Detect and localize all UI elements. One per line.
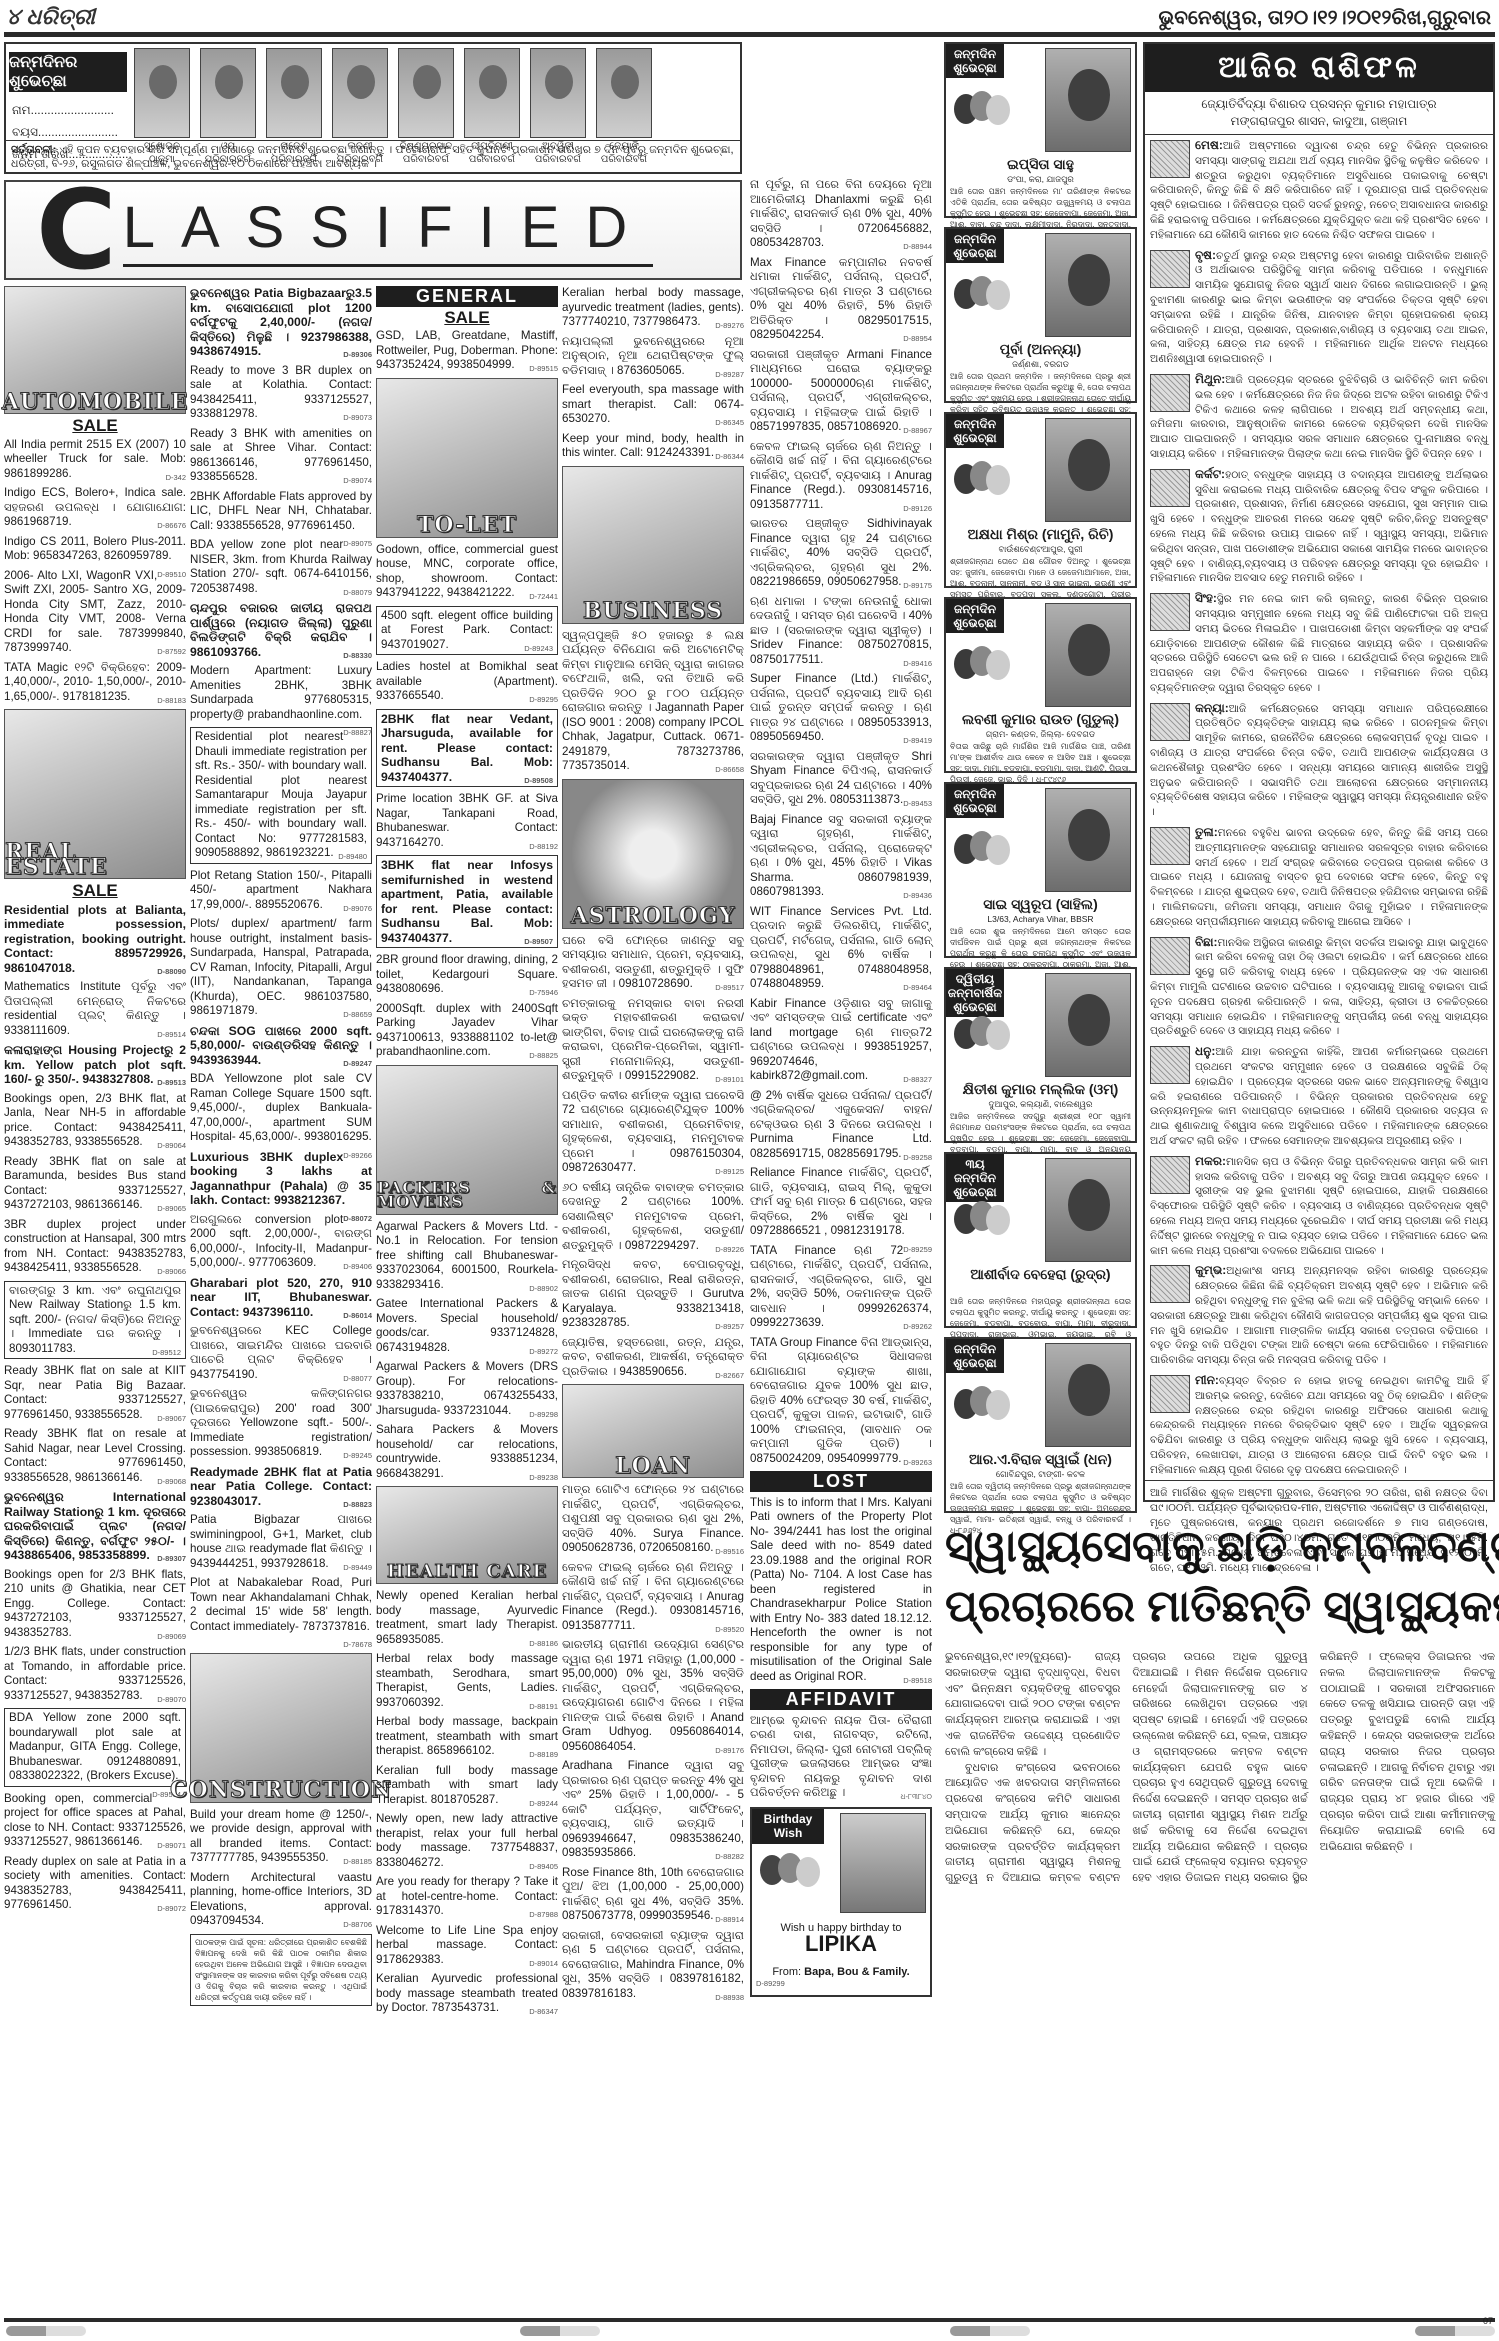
classified-ad: ସରକାରୀ, ବେସରକାରୀ ବ୍ୟାଙ୍କ ଦ୍ୱାରା ଋଣ 5 ଘଣ୍… bbox=[562, 1929, 744, 2002]
zodiac-sign-entry: ସିଂହ:ସ୍ଥିର ମନ ନେଇ କାମ କରି ଚାଲନ୍ତୁ, କାରଣ … bbox=[1145, 588, 1493, 698]
photo-image bbox=[200, 48, 256, 138]
wish-address: ଗ୍ରାମ- କଣ୍ଡଳ, ଜିଲ୍ଲା- ଦେବଗଡ bbox=[946, 729, 1135, 739]
zodiac-sign-entry: ମେଷ:ଆଜି ଅଷ୍ଟମୀରେ ଦ୍ୱାଦଶ ଚନ୍ଦ୍ର ହେତୁ ବିଭି… bbox=[1145, 135, 1493, 245]
wish-address: ଗୋବିନ୍ଦପୁର, ଟାଙ୍ଗୀ- କଟକ bbox=[946, 1469, 1135, 1479]
classified-ad: Bookings open for 2/3 BHK flats, 210 uni… bbox=[4, 1568, 186, 1641]
ad-code: D-87592 bbox=[157, 645, 186, 660]
wish-address: ଦୁଆପୁର, କଲ୍ୟାଣି, ବାଲେଶ୍ୱର bbox=[946, 1099, 1135, 1109]
ad-code: D-89176 bbox=[715, 1744, 744, 1759]
ad-code: D-89076 bbox=[343, 902, 372, 917]
zodiac-prediction: ଆଜି ଅଷ୍ଟମୀରେ ଦ୍ୱାଦଶ ଚନ୍ଦ୍ର ହେତୁ ବିଭିନ୍ନ … bbox=[1150, 140, 1488, 241]
coupon-title: ଜନ୍ମଦିନର ଶୁଭେଚ୍ଛା bbox=[9, 52, 127, 92]
zodiac-signs: ମେଷ:ଆଜି ଅଷ୍ଟମୀରେ ଦ୍ୱାଦଶ ଚନ୍ଦ୍ର ହେତୁ ବିଭି… bbox=[1145, 135, 1493, 1480]
ad-code: D-89298 bbox=[529, 1408, 558, 1423]
wish-name: ଆର.ଏ.ବିରାଜ ସ୍ୱାଇଁ (ଧନ) bbox=[946, 1451, 1135, 1468]
classified-ad: Ready duplex on sale at Patia in a socie… bbox=[4, 1855, 186, 1913]
classified-ad: Build your dream home @ 1250/-, we provi… bbox=[190, 1808, 372, 1866]
birthday-wishes-column: ଜନ୍ମଦିନ ଶୁଭେଚ୍ଛାଇପ୍‌ସିତା ସାହୁଡଂପା, କରା, … bbox=[944, 42, 1137, 1522]
wish-header: ଜନ୍ମଦିନ ଶୁଭେଚ୍ଛା bbox=[946, 1339, 1004, 1373]
birthday-wish-code: D-89299 bbox=[756, 1977, 785, 1992]
section-heading-sale: SALE bbox=[376, 311, 558, 326]
wellness-ads: Keralian herbal body massage, ayurvedic … bbox=[562, 286, 744, 461]
ad-code: D-88072 bbox=[343, 1212, 372, 1227]
ad-code: D-89014 bbox=[529, 1957, 558, 1972]
classified-ad: ଭାରତର ପଞ୍ଜୀକୃତ Sidhivinayak Finance ଦ୍ୱା… bbox=[750, 517, 932, 590]
photo-image bbox=[266, 48, 322, 138]
ad-code: D-89070 bbox=[157, 1693, 186, 1708]
classified-ad: Ready 3BHK flat on resale at Sahid Nagar… bbox=[4, 1427, 186, 1485]
page-marker bbox=[950, 2326, 1030, 2336]
zodiac-prediction: ହଠାତ୍ ବନ୍ଧୁଙ୍କ ସାହାଯ୍ୟ ଓ ବଦାନ୍ୟତା ଆପଣଙ୍କ… bbox=[1150, 469, 1488, 585]
classified-ad: 2BHK flat near Vedant, Jharsuguda, avail… bbox=[376, 709, 558, 788]
ad-code: D-82667 bbox=[715, 1369, 744, 1384]
classified-ad: Agarwal Packers & Movers Ltd. - No.1 in … bbox=[376, 1220, 558, 1293]
zodiac-sign-entry: ମୀନ:ବ୍ୟସ୍ତ ବିବ୍ରତ ନ ହୋଇ ହାତକୁ ନେଇଥିବା କା… bbox=[1145, 1370, 1493, 1480]
wish-name: ସାଇ ସ୍ୱରୂପ (ସାହିଲ) bbox=[946, 896, 1135, 913]
ad-code: D-89512 bbox=[152, 1346, 181, 1361]
birthday-wish-card: ଜନ୍ମଦିନ ଶୁଭେଚ୍ଛାଅକ୍ଷଧା ମିଶ୍ର (ମାମୁନି, ରି… bbox=[944, 412, 1137, 588]
classified-ad: Prime location 3BHK GF. at Siva Nagar, T… bbox=[376, 792, 558, 850]
classified-ad: ଚମତ୍କାରକୁ ନମସ୍କାର ବାବା ନରସୀ ଭକ୍ତ ମହାବଶୀକ… bbox=[562, 997, 744, 1084]
ad-code: D-89245 bbox=[343, 1449, 372, 1464]
ad-code: D-89508 bbox=[524, 774, 553, 789]
wish-name: ଲବଣୀ କୁମାର ରାଉତ (ଗୁଡୁଲ୍) bbox=[946, 711, 1135, 728]
classified-ad: ସରକାରୀ ପଞ୍ଜୀକୃତ Armani Finance ମାଧ୍ୟମରେ … bbox=[750, 348, 932, 435]
health-care-label: HEALTH CARE bbox=[387, 1565, 548, 1580]
zodiac-sign-entry: ବିଛା:ମାନସିକ ଅସ୍ଥିରତା କାରଣରୁ କିମ୍ବା ସତର୍କ… bbox=[1145, 932, 1493, 1042]
zodiac-sign-entry: ବୃଷ:ଚତୁର୍ଥ ସ୍ଥାନରୁ ଚନ୍ଦ୍ର ଅଷ୍ଟମସ୍ଥ ହେବା … bbox=[1145, 245, 1493, 369]
balloons-icon bbox=[760, 1855, 820, 1915]
balloons-icon bbox=[954, 649, 1014, 709]
wish-name: ଅକ୍ଷଧା ମିଶ୍ର (ମାମୁନି, ରିଚି) bbox=[946, 526, 1135, 543]
ad-code: D-89073 bbox=[343, 411, 372, 426]
loan-ads: ମାତ୍ର ଗୋଟିଏ ଫୋନ୍‌ରେ ୨୪ ଘଣ୍ଟାରେ ମାର୍କଶିଟ୍… bbox=[562, 1483, 744, 2001]
classified-ad: Sahara Packers & Movers household/ car r… bbox=[376, 1423, 558, 1481]
zodiac-name: ବୃଷ: bbox=[1195, 248, 1216, 262]
classified-ad: Modern Architectural vaastu planning, ho… bbox=[190, 1871, 372, 1929]
classified-ad: ସ୍ୱଳ୍ପପୁଞ୍ଜି ୫୦ ହଜାରରୁ ୫ ଲକ୍ଷ ପର୍ଯ୍ୟନ୍ତ … bbox=[562, 629, 744, 774]
section-heading-sale: SALE bbox=[4, 419, 186, 434]
wish-header: ଜନ୍ମଦିନ ଶୁଭେଚ୍ଛା bbox=[946, 44, 1004, 78]
news-article-body: ଭୁବନେଶ୍ୱର,୧୯।୧୨(ବ୍ୟୁରୋ)- ରାଜ୍ୟ ସରକାରଙ୍କ … bbox=[945, 1650, 1495, 2330]
affidavit-notice: ଆମ୍ଭେ ବୃନ୍ଦାବନ ନାୟକ ପିତା- ବୈରାଗୀ ଚରଣ ଦାଶ… bbox=[750, 1714, 932, 1801]
wish-header: ଜନ୍ମଦିନ ଶୁଭେଚ୍ଛା bbox=[946, 599, 1004, 633]
packers-movers-ads: Agarwal Packers & Movers Ltd. - No.1 in … bbox=[376, 1220, 558, 1482]
automobile-image: AUTOMOBILE bbox=[4, 286, 186, 414]
birthday-wish-card: ୩ୟ ଜନ୍ମଦିନ ଶୁଭେଚ୍ଛାଆଶୀର୍ବାଦ ବେହେରା (ରୁଦ୍… bbox=[944, 1152, 1137, 1328]
ad-code: D-89072 bbox=[157, 1902, 186, 1917]
wish-message: ବିତାଇ ସାରିଛୁ ଚାରି ମାର୍ଗଶିର ଆଜି ମାର୍ଗଶିର … bbox=[950, 741, 1131, 785]
ad-code: D-88185 bbox=[343, 1855, 372, 1870]
birthday-wish-card: ଜନ୍ମଦିନ ଶୁଭେଚ୍ଛାସାଇ ସ୍ୱରୂପ (ସାହିଲ)L3/63,… bbox=[944, 782, 1137, 958]
ad-code: D-88967 bbox=[903, 424, 932, 439]
ad-code: D-89307 bbox=[157, 1552, 186, 1567]
construction-ads: Build your dream home @ 1250/-, we provi… bbox=[190, 1808, 372, 1929]
zodiac-prediction: ଚତୁର୍ଥ ସ୍ଥାନରୁ ଚନ୍ଦ୍ର ଅଷ୍ଟମସ୍ଥ ହେବା କାରଣ… bbox=[1150, 250, 1488, 366]
balloons-icon bbox=[954, 94, 1014, 154]
wish-header: ଜନ୍ମଦିନ ଶୁଭେଚ୍ଛା bbox=[946, 229, 1004, 263]
packers-movers-label: PACKERS & MOVERS bbox=[377, 1181, 557, 1210]
to-let-label: TO-LET bbox=[417, 518, 517, 533]
ad-code: D-89266 bbox=[343, 1149, 372, 1164]
classified-ad: Godown, office, commercial guest house, … bbox=[376, 543, 558, 601]
classified-ad: ପଣ୍ଡିତ କବୀର ଶର୍ମାଙ୍କ ଦ୍ୱାରା ଘରେବସି 72 ଘଣ… bbox=[562, 1089, 744, 1176]
zodiac-prediction: ମାନସିକ ଚାପ ଓ ବିଭିନ୍ନ ଦିଗରୁ ପ୍ରତିବନ୍ଧକର ସ… bbox=[1150, 1156, 1488, 1257]
classified-ad: GSD, LAB, Greatdane, Mastiff, Rottweiler… bbox=[376, 329, 558, 373]
zodiac-name: ମୀନ: bbox=[1195, 1373, 1219, 1387]
ad-code: D-89065 bbox=[157, 1202, 186, 1217]
wish-photo bbox=[1045, 1343, 1131, 1447]
ad-code: D-75946 bbox=[529, 986, 558, 1001]
classified-ad: ଭୁବନେଶ୍ୱରରେ KEC College ପାଖରେ, ସାଇମନ୍ଦିର… bbox=[190, 1324, 372, 1382]
to-let-ads: Godown, office, commercial guest house, … bbox=[376, 543, 558, 1060]
classified-ad: Agarwal Packers & Movers (DRS Group). Fo… bbox=[376, 1360, 558, 1418]
general-sale-ads: GSD, LAB, Greatdane, Mastiff, Rottweiler… bbox=[376, 329, 558, 373]
ad-code: D-88191 bbox=[529, 1700, 558, 1715]
ad-code: D-89226 bbox=[715, 1243, 744, 1258]
photo-image bbox=[134, 48, 190, 138]
zodiac-prediction: ଆଜି ପ୍ରତ୍ୟେକ ସ୍ତରରେ ବୁଝିବିଚାରି ଓ ଭାବିଚିନ… bbox=[1150, 374, 1488, 460]
classified-ad: @ 2% ବାର୍ଷିକ ସୁଧରେ ପର୍ସନାଲ/ ପ୍ରପର୍ଟି/ ଏଗ… bbox=[750, 1089, 932, 1162]
ad-code: D-89175 bbox=[903, 579, 932, 594]
wish-photo bbox=[1045, 48, 1131, 152]
classified-ad: Are you ready for therapy ? Take it at h… bbox=[376, 1875, 558, 1919]
dateline: ଭୁବନେଶ୍ୱର, ତା୨୦।୧୨।୨୦୧୨ରିଖ,ଗୁରୁବାର bbox=[1158, 6, 1491, 30]
zodiac-name: କୁମ୍ଭ: bbox=[1195, 1263, 1226, 1277]
page-code: 07 bbox=[1483, 2316, 1493, 2327]
ad-code: D-86344 bbox=[715, 450, 744, 465]
ad-code: D-88938 bbox=[715, 1991, 744, 2006]
classified-ad: ଜ୍ୟୋତିଷ, ହସ୍ତରେଖା, ରତ୍ନ, ଯନ୍ତ୍ର, କବଚ, ବଶ… bbox=[562, 1336, 744, 1380]
classified-ad: ୬୦ ବର୍ଷୀୟ ତାନ୍ତ୍ରିକ ବାବାଙ୍କ ଚମତ୍କାର ଦେଖନ… bbox=[562, 1181, 744, 1254]
ad-code: D-89238 bbox=[529, 1471, 558, 1486]
balloons-icon bbox=[954, 1204, 1014, 1264]
news-headline-line1: ସ୍ୱାସ୍ଥ୍ୟସେବାକୁ ଛାଡ଼ି କମ୍ବଳବଣ୍ଟା bbox=[945, 1521, 1499, 1574]
wish-header: ୩ୟ ଜନ୍ମଦିନ ଶୁଭେଚ୍ଛା bbox=[946, 1154, 1004, 1202]
classified-ad: Super Finance (Ltd.) ମାର୍କଶିଟ୍, ପର୍ସନାଲ,… bbox=[750, 672, 932, 745]
zodiac-sign-entry: ତୁଳା:ମନରେ ବହୁବିଧ ଭାବନା ଉଦ୍ରେକ ହେବ, କିନ୍ତ… bbox=[1145, 822, 1493, 932]
classified-ad: ଘରେ ବସି ଫୋନ୍‌ରେ ଜାଣନ୍ତୁ ସବୁ ସମସ୍ୟାର ସମାଧ… bbox=[562, 934, 744, 992]
ad-code: D-86658 bbox=[715, 763, 744, 778]
classified-ad: ମାତ୍ର ଗୋଟିଏ ଫୋନ୍‌ରେ ୨୪ ଘଣ୍ଟାରେ ମାର୍କଶିଟ୍… bbox=[562, 1483, 744, 1556]
zodiac-symbol-icon bbox=[1150, 703, 1190, 741]
ad-code: D-89259 bbox=[903, 1243, 932, 1258]
ad-code: D-89126 bbox=[903, 502, 932, 517]
ad-code: D-72441 bbox=[529, 590, 558, 605]
ad-code: D-88823 bbox=[343, 1498, 372, 1513]
ad-code: D-88659 bbox=[343, 1008, 372, 1023]
business-ads: ସ୍ୱଳ୍ପପୁଞ୍ଜି ୫୦ ହଜାରରୁ ୫ ଲକ୍ଷ ପର୍ଯ୍ୟନ୍ତ … bbox=[562, 629, 744, 774]
health-care-ads: Newly opened Keralian herbal body massag… bbox=[376, 1589, 558, 2016]
real-estate-ads: Residential plots at Balianta, immediate… bbox=[4, 903, 186, 1913]
ad-code: D-88706 bbox=[343, 1918, 372, 1933]
zodiac-prediction: ଅଧିକାଂଶ ସମୟ ଅନ୍ୟମନସ୍କ ରହିବା କାରଣରୁ ପ୍ରତ୍… bbox=[1150, 1265, 1488, 1366]
zodiac-prediction: ଆଜି ଯାହା କରନ୍ତୁନା କାହିଁକି, ଆପଣ କର୍ମାରମ୍ଭ… bbox=[1150, 1046, 1488, 1147]
classified-ad: Plot Retang Station 150/-, Pitapalli 450… bbox=[190, 869, 372, 913]
ad-code: D-89449 bbox=[343, 1561, 372, 1576]
astrology-label: ASTROLOGY bbox=[571, 909, 736, 924]
classified-ad: 2BHK Affordable Flats approved by LIC, D… bbox=[190, 490, 372, 534]
ad-code: D-88189 bbox=[529, 1748, 558, 1763]
page-marker bbox=[6, 2326, 86, 2336]
wish-name: ଇପ୍‌ସିତା ସାହୁ bbox=[946, 156, 1135, 173]
classified-ad: Newly open, new lady attractive therapis… bbox=[376, 1812, 558, 1870]
classified-ad: ଭୁବନେଶ୍ୱର Patia Bigbazaarରୁ3.5 km. ବାସୋପ… bbox=[190, 286, 372, 359]
column-property: ଭୁବନେଶ୍ୱର Patia Bigbazaarରୁ3.5 km. ବାସୋପ… bbox=[190, 286, 372, 2011]
wish-photo bbox=[1045, 418, 1131, 522]
classified-ad: Modern Apartment: Luxury Amenities 2BHK,… bbox=[190, 664, 372, 722]
ad-code: D-89125 bbox=[715, 1165, 744, 1180]
horoscope-title: ଆଜିର ରାଶିଫଳ bbox=[1145, 44, 1493, 92]
birthday-coupon: ଜନ୍ମଦିନର ଶୁଭେଚ୍ଛା ନାମ...................… bbox=[4, 42, 742, 174]
ad-code: D-89405 bbox=[529, 1860, 558, 1875]
ad-code: D-88327 bbox=[903, 1073, 932, 1088]
classified-ad: Keralian full body massage steambath wit… bbox=[376, 1764, 558, 1808]
astrology-image: ASTROLOGY bbox=[562, 779, 744, 929]
birthday-wish-photo bbox=[840, 1813, 926, 1913]
ad-code: D-88186 bbox=[529, 1637, 558, 1652]
birthday-wish-card: ଜନ୍ମଦିନ ଶୁଭେଚ୍ଛାଲବଣୀ କୁମାର ରାଉତ (ଗୁଡୁଲ୍)… bbox=[944, 597, 1137, 773]
ad-code: D-89419 bbox=[903, 734, 932, 749]
ad-code: D-89067 bbox=[157, 1412, 186, 1427]
balloons-icon bbox=[954, 464, 1014, 524]
ad-code: D-89064 bbox=[157, 1139, 186, 1154]
news-headline-line2: ପ୍ରଚାରରେ ମାତିଛନ୍ତି ସ୍ୱାସ୍ଥ୍ୟକର୍ମୀ: କଂଗ୍ର… bbox=[945, 1581, 1499, 1634]
ad-code: D-89074 bbox=[343, 474, 372, 489]
classified-ad: Ladies hostel at Bomikhal seat available… bbox=[376, 660, 558, 704]
ad-code: D-86347 bbox=[529, 2005, 558, 2020]
ad-code: D-88330 bbox=[343, 649, 372, 664]
ad-code: D-89514 bbox=[157, 1028, 186, 1043]
ad-code: D-88282 bbox=[715, 1850, 744, 1865]
wish-photo bbox=[1045, 603, 1131, 707]
classified-ad: TATA Group Finance ବିନା ଆଡ୍‌ଭାନ୍ସ, ବିନା … bbox=[750, 1336, 932, 1467]
classified-ad: Kabir Finance ଓଡ଼ିଶାର ସବୁ ଜାଗାକୁ ଏବଂ ସମସ… bbox=[750, 997, 932, 1084]
classified-ad: ଭାରତୀୟ ଗ୍ରାମୀଣ ଉଦ୍ୟୋଗ ସେଣ୍ଟର ଦ୍ୱାରା ଋଣ 1… bbox=[562, 1638, 744, 1754]
classified-ad: Mathematics Institute ପୂର୍ବରୁ ଏବଂ ପିତାପଲ… bbox=[4, 980, 186, 1038]
ad-code: D-86345 bbox=[715, 416, 744, 431]
classified-ad: ମନ୍ତ୍ରସିଦ୍ଧ କବଚ, ବେପାରବୃଦ୍ଧି, ବଶୀକରଣ, ରୋ… bbox=[562, 1258, 744, 1331]
ad-code: D-89272 bbox=[529, 1345, 558, 1360]
lost-heading: LOST bbox=[750, 1471, 932, 1492]
ad-code: D-87988 bbox=[529, 1908, 558, 1923]
ad-code: D-89069 bbox=[157, 1630, 186, 1645]
zodiac-name: ମିଥୁନ: bbox=[1195, 372, 1225, 386]
wish-address: L3/63, Acharya Vihar, BBSR bbox=[946, 914, 1135, 924]
banner-initial: C bbox=[36, 180, 117, 280]
balloons-icon bbox=[954, 834, 1014, 894]
wish-address: ଡଂପା, କରା, ଯାଜପୁର bbox=[946, 174, 1135, 184]
wish-photo bbox=[1045, 1158, 1131, 1262]
classified-banner: C LASSIFIED bbox=[4, 180, 742, 280]
classified-ad: Keep your mind, body, health in this win… bbox=[562, 432, 744, 461]
classified-ad: BDA Yellowzone plot sale CV Raman Colleg… bbox=[190, 1072, 372, 1145]
ad-code: D-86014 bbox=[343, 1309, 372, 1324]
birthday-wish-header: Birthday Wish bbox=[752, 1809, 824, 1844]
ad-code: D-89453 bbox=[903, 797, 932, 812]
birthday-wish-name: LIPIKA bbox=[752, 1937, 930, 1952]
ad-code: D-89510 bbox=[157, 568, 186, 583]
classified-ad: All India permit 2515 EX (2007) 10 wheel… bbox=[4, 438, 186, 482]
wish-header: ଜନ୍ମଦିନ ଶୁଭେଚ୍ଛା bbox=[946, 784, 1004, 818]
wish-name: ଆଶୀର୍ବାଦ ବେହେରା (ରୁଦ୍ର) bbox=[946, 1266, 1135, 1283]
photo-image bbox=[332, 48, 388, 138]
packers-movers-image: PACKERS & MOVERS bbox=[376, 1065, 558, 1215]
ad-code: D-89464 bbox=[903, 981, 932, 996]
automobile-ads: All India permit 2515 EX (2007) 10 wheel… bbox=[4, 438, 186, 705]
classified-ad: Gatee International Packers & Movers. Sp… bbox=[376, 1297, 558, 1355]
ad-code: D-89507 bbox=[524, 935, 553, 950]
reader-notice: ପାଠକଙ୍କ ପାଇଁ ସୂଚନା: ଧରିତ୍ରୀରେ ପ୍ରକାଶିତ ବ… bbox=[190, 1934, 372, 2006]
ad-code: D-89068 bbox=[157, 1475, 186, 1490]
wish-photo bbox=[1045, 788, 1131, 892]
ad-code: D-89101 bbox=[715, 1073, 744, 1088]
birthday-wish-ad: Birthday Wish Wish u happy birthday to L… bbox=[750, 1807, 932, 1997]
ad-code: D-88827 bbox=[343, 726, 372, 741]
classified-ad: ନୟାପଲ୍ଲୀ ଭୁବନେଶ୍ୱରରେ ନୂଆ ଅନୁଷ୍ଠାନ, ନୂଆ ଥ… bbox=[562, 335, 744, 379]
wish-photo bbox=[1045, 233, 1131, 337]
ad-code: D-89436 bbox=[903, 889, 932, 904]
classified-ad: Keralian Ayurvedic professional body mas… bbox=[376, 1972, 558, 2016]
classified-ad: Bajaj Finance ସବୁ ସରକାରୀ ବ୍ୟାଙ୍କ ଦ୍ୱାରା … bbox=[750, 813, 932, 900]
classified-ad: Plots/ duplex/ apartment/ farm house out… bbox=[190, 917, 372, 1019]
ad-code: D-88090 bbox=[157, 965, 186, 980]
ad-code: D-88183 bbox=[157, 694, 186, 709]
ad-code: D-89075 bbox=[343, 537, 372, 552]
classified-ad: Patia Bigbazar ପାଖରେ swiminingpool, G+1,… bbox=[190, 1513, 372, 1571]
classified-ad: Readymade 2BHK flat at Patia near Patia … bbox=[190, 1465, 372, 1509]
classified-ad: BDA Yellow zone 2000 sqft. boundarywall … bbox=[4, 1708, 186, 1787]
zodiac-symbol-icon bbox=[1150, 250, 1190, 288]
page-marker bbox=[520, 2326, 600, 2336]
section-heading-sale: SALE bbox=[4, 884, 186, 899]
classified-ad: Ready 3BHK flat on sale at Baramunda, be… bbox=[4, 1155, 186, 1213]
ad-code: D-89257 bbox=[715, 1320, 744, 1335]
classified-ad: କେବଳ ଫାଇଲ୍ ଚାର୍ଜରେ ଋଣ ନିଅନ୍ତୁ । କୌଣସି ଖର… bbox=[750, 440, 932, 513]
ad-code: D-88077 bbox=[343, 1372, 372, 1387]
wish-name: ପୂର୍ବା (ଅନନ୍ୟା) bbox=[946, 341, 1135, 358]
classified-ad: Feel everyouth, spa massage with smart t… bbox=[562, 383, 744, 427]
field-name[interactable]: ନାମ......................... bbox=[12, 99, 132, 121]
ad-code: D-89416 bbox=[903, 657, 932, 672]
balloons-icon bbox=[954, 1389, 1014, 1449]
coupon-terms: ସର୍ତ୍ତାବଳୀ: ଏହି କୁପନ ବ୍ୟବହାର କରି ସମ୍ପୂର୍… bbox=[6, 140, 740, 172]
zodiac-name: ସିଂହ: bbox=[1195, 591, 1217, 605]
zodiac-prediction: ଆଜି କର୍ମକ୍ଷେତ୍ରରେ ସମସ୍ୟା ସମାଧାନ ପରିପ୍ରେକ… bbox=[1150, 703, 1488, 819]
classified-ad: Bookings open, 2/3 BHK flat, at Janla, N… bbox=[4, 1092, 186, 1150]
to-let-image: TO-LET bbox=[376, 378, 558, 538]
wish-name: କ୍ଷିତୀଶ କୁମାର ମଲ୍ଲିକ (ଓମ୍) bbox=[946, 1081, 1135, 1098]
page-marker bbox=[1415, 2326, 1495, 2336]
classified-ad: ଭୁବନେଶ୍ୱର କଳିଙ୍ଗନଗର (ପାଇକେରାପୁର) 200' ro… bbox=[190, 1387, 372, 1460]
ad-code: D-89480 bbox=[338, 850, 367, 865]
zodiac-name: କନ୍ୟା: bbox=[1195, 701, 1229, 715]
ad-code: D-89520 bbox=[715, 1623, 744, 1638]
loan-label: LOAN bbox=[615, 1459, 691, 1474]
classified-ad: WIT Finance Services Pvt. Ltd. ପ୍ରଦାନ କର… bbox=[750, 905, 932, 992]
business-label: BUSINESS bbox=[583, 604, 723, 619]
zodiac-name: ମକର: bbox=[1195, 1154, 1226, 1168]
zodiac-name: ମେଷ: bbox=[1195, 138, 1223, 152]
classified-ad: Rose Finance 8th, 10th ବେରୋଜଗାର ପୁଅ/ ଝିଅ… bbox=[562, 1866, 744, 1924]
column-finance: ନା ପୂର୍ବରୁ, ନା ପରେ ବିନା ଦେୟରେ ନୂଆ ଆମେରିକ… bbox=[750, 178, 932, 1997]
top-rule bbox=[4, 32, 1495, 37]
classified-ad: Residential plot nearest Dhauli immediat… bbox=[190, 727, 372, 864]
general-heading: GENERAL bbox=[376, 286, 558, 307]
zodiac-name: ବିଛା: bbox=[1195, 935, 1218, 949]
real-estate-image: REAL ESTATE bbox=[4, 709, 186, 879]
zodiac-symbol-icon bbox=[1150, 593, 1190, 631]
ad-code: D-89287 bbox=[715, 368, 744, 383]
ad-code: D-89513 bbox=[157, 1076, 186, 1091]
birthday-wish-card: ଦ୍ୱିତୀୟ ଜନ୍ମବାର୍ଷିକ ଶୁଭେଚ୍ଛାକ୍ଷିତୀଶ କୁମା… bbox=[944, 967, 1137, 1143]
health-care-image: HEALTH CARE bbox=[376, 1486, 558, 1584]
classified-ad: Indigo CS 2011, Bolero Plus-2011. Mob: 9… bbox=[4, 535, 186, 564]
bottom-rule bbox=[4, 2318, 1495, 2322]
classified-ad: Newly opened Keralian herbal body massag… bbox=[376, 1589, 558, 1647]
zodiac-sign-entry: କନ୍ୟା:ଆଜି କର୍ମକ୍ଷେତ୍ରରେ ସମସ୍ୟା ସମାଧାନ ପର… bbox=[1145, 698, 1493, 822]
classified-ad: Keralian herbal body massage, ayurvedic … bbox=[562, 286, 744, 330]
banner-word: LASSIFIED bbox=[123, 193, 654, 268]
classified-ad: Gharabari plot 520, 270, 910 near IIT, B… bbox=[190, 1276, 372, 1320]
zodiac-prediction: ବ୍ୟସ୍ତ ବିବ୍ରତ ନ ହୋଇ ହାତକୁ ନେଇଥିବା କାମଟିକ… bbox=[1150, 1375, 1488, 1476]
classified-ad: ଚାନ୍ଦପୁର ବଜାରର ଜାତୀୟ ରାଜପଥ ପାର୍ଶ୍ୱରେ (ନୟ… bbox=[190, 601, 372, 659]
automobile-label: AUTOMOBILE bbox=[2, 395, 188, 410]
classified-ad: 2000Sqft. duplex with 2400Sqft Parking J… bbox=[376, 1002, 558, 1060]
ad-code: D-89243 bbox=[524, 642, 553, 657]
classified-ad: 3BHK flat near Infosys semifurnished in … bbox=[376, 855, 558, 948]
classified-ad: Herbal body massage, backpain treatment,… bbox=[376, 1715, 558, 1759]
ad-code: D-88079 bbox=[343, 586, 372, 601]
wish-header: ଜନ୍ମଦିନ ଶୁଭେଚ୍ଛା bbox=[946, 414, 1004, 448]
classified-ad: 2BR ground floor drawing, dining, 2 toil… bbox=[376, 953, 558, 997]
zodiac-name: ଧନୁ: bbox=[1195, 1044, 1215, 1058]
birthday-wish-card: ଜନ୍ମଦିନ ଶୁଭେଚ୍ଛାଆର.ଏ.ବିରାଜ ସ୍ୱାଇଁ (ଧନ)ଗୋ… bbox=[944, 1337, 1137, 1513]
classified-ad: Welcome to Life Line Spa enjoy herbal ma… bbox=[376, 1924, 558, 1968]
zodiac-symbol-icon bbox=[1150, 1265, 1190, 1303]
zodiac-sign-entry: ମକର:ମାନସିକ ଚାପ ଓ ବିଭିନ୍ନ ଦିଗରୁ ପ୍ରତିବନ୍ଧ… bbox=[1145, 1151, 1493, 1261]
lost-notice: This is to inform that I Mrs. Kalyani Pa… bbox=[750, 1496, 932, 1685]
zodiac-symbol-icon bbox=[1150, 374, 1190, 412]
zodiac-sign-entry: ଧନୁ:ଆଜି ଯାହା କରନ୍ତୁନା କାହିଁକି, ଆପଣ କର୍ମା… bbox=[1145, 1041, 1493, 1151]
classified-ad: Ready 3 BHK with amenities on sale at Sh… bbox=[190, 427, 372, 485]
birthday-wish-card: ଜନ୍ମଦିନ ଶୁଭେଚ୍ଛାଇପ୍‌ସିତା ସାହୁଡଂପା, କରା, … bbox=[944, 42, 1137, 218]
real-estate-label: REAL ESTATE bbox=[5, 845, 185, 874]
ad-code: D-89258 bbox=[903, 1151, 932, 1166]
photo-image bbox=[464, 48, 520, 138]
classified-ad: ଋଣ ଧମାକା । ଟଙ୍କା ନେଉନାହୁଁ ଧୋକା ଦେଉନାହୁଁ … bbox=[750, 595, 932, 668]
classified-ad: Plot at Nabakalebar Road, Puri Town near… bbox=[190, 1576, 372, 1634]
ad-code: D-89276 bbox=[715, 319, 744, 334]
column-general: GENERAL SALE GSD, LAB, Greatdane, Mastif… bbox=[376, 286, 558, 2021]
classified-ad: Reliance Finance ମାର୍କଶିଟ୍, ପ୍ରପର୍ଟି, ଗା… bbox=[750, 1166, 932, 1239]
ad-code: D-89244 bbox=[529, 1797, 558, 1812]
zodiac-sign-entry: ମିଥୁନ:ଆଜି ପ୍ରତ୍ୟେକ ସ୍ତରରେ ବୁଝିବିଚାରି ଓ ଭ… bbox=[1145, 369, 1493, 464]
horoscope-panel: ଆଜିର ରାଶିଫଳ ଜ୍ୟୋତିର୍ବିଦ୍ୟା ବିଶାରଦ ପ୍ରସନ୍… bbox=[1143, 42, 1495, 1502]
balloons-icon bbox=[954, 279, 1014, 339]
classified-ad: ଭୁବନେଶ୍ୱର International Railway Stationର… bbox=[4, 1490, 186, 1563]
news-paragraph: ଭୁବନେଶ୍ୱର,୧୯।୧୨(ବ୍ୟୁରୋ)- ରାଜ୍ୟ ସରକାରଙ୍କ … bbox=[945, 1650, 1120, 1761]
photo-image bbox=[398, 48, 454, 138]
horoscope-author: ଜ୍ୟୋତିର୍ବିଦ୍ୟା ବିଶାରଦ ପ୍ରସନ୍ନ କୁମାର ମହାପ… bbox=[1145, 92, 1493, 135]
ad-code: D-88825 bbox=[529, 1049, 558, 1064]
classified-ad: Ready to move 3 BR duplex on sale at Kol… bbox=[190, 364, 372, 422]
zodiac-name: ତୁଳା: bbox=[1195, 825, 1218, 839]
ad-code: D-88192 bbox=[529, 840, 558, 855]
ad-code: D-89263 bbox=[903, 1456, 932, 1471]
classified-ad: Residential plots at Balianta, immediate… bbox=[4, 903, 186, 976]
ad-code: D-88914 bbox=[715, 1913, 744, 1928]
